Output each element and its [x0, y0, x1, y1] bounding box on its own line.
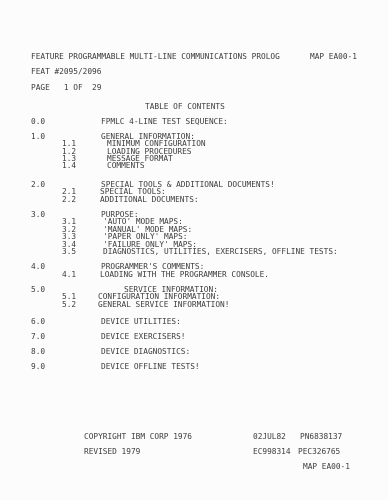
toc-subitem-row: 2.1 SPECIAL TOOLS:: [31, 188, 50, 196]
section-title: DEVICE UTILITIES:: [101, 318, 181, 326]
section-number: 7.0: [31, 333, 45, 341]
subsection-number: 2.2: [62, 196, 76, 204]
toc-subitem-row: 4.1 LOADING WITH THE PROGRAMMER CONSOLE.: [31, 271, 50, 279]
footer-date: 02JUL82: [253, 433, 286, 441]
subsection-title: COMMENTS: [107, 162, 145, 170]
toc-subitem-row: 3.5 DIAGNOSTICS, UTILITIES, EXERCISERS, …: [31, 248, 50, 256]
footer-ec-number: EC998314: [253, 448, 291, 456]
toc-section-row: 9.0 DEVICE OFFLINE TESTS!: [31, 363, 50, 371]
toc-subitem-row: 3.1 'AUTO' MODE MAPS:: [31, 218, 50, 226]
toc-subitem-row: 3.3 'PAPER ONLY' MAPS:: [31, 233, 50, 241]
toc-heading: TABLE OF CONTENTS: [145, 103, 225, 111]
toc-subitem-row: 2.2 ADDITIONAL DOCUMENTS:: [31, 196, 50, 204]
section-number: 0.0: [31, 118, 45, 126]
subsection-number: 5.2: [62, 301, 76, 309]
section-title: FPMLC 4-LINE TEST SEQUENCE:: [101, 118, 228, 126]
section-number: 8.0: [31, 348, 45, 356]
footer-pec-number: PEC326765: [298, 448, 340, 456]
section-number: 6.0: [31, 318, 45, 326]
subsection-number: 4.1: [62, 271, 76, 279]
subsection-title: DIAGNOSTICS, UTILITIES, EXERCISERS, OFFL…: [103, 248, 338, 256]
toc-subitem-row: 5.2 GENERAL SERVICE INFORMATION!: [31, 301, 50, 309]
toc-section-row: 4.0 PROGRAMMER'S COMMENTS:: [31, 263, 50, 271]
toc-section-row: 8.0 DEVICE DIAGNOSTICS:: [31, 348, 50, 356]
document-page: FEATURE PROGRAMMABLE MULTI-LINE COMMUNIC…: [0, 0, 388, 500]
toc-subitem-row: 1.4 COMMENTS: [31, 162, 50, 170]
section-title: DEVICE DIAGNOSTICS:: [101, 348, 190, 356]
section-title: DEVICE EXERCISERS!: [101, 333, 186, 341]
revised-text: REVISED 1979: [84, 448, 140, 456]
document-title: FEATURE PROGRAMMABLE MULTI-LINE COMMUNIC…: [31, 53, 280, 61]
feature-number-line: FEAT #2095/2096: [31, 68, 101, 76]
section-number: 9.0: [31, 363, 45, 371]
subsection-number: 3.5: [62, 248, 76, 256]
subsection-number: 1.4: [62, 162, 76, 170]
toc-subitem-row: 1.1 MINIMUM CONFIGURATION: [31, 140, 50, 148]
map-reference-footer: MAP EA00-1: [303, 463, 350, 471]
map-reference-header: MAP EA00-1: [310, 53, 357, 61]
subsection-title: GENERAL SERVICE INFORMATION!: [98, 301, 229, 309]
copyright-text: COPYRIGHT IBM CORP 1976: [84, 433, 192, 441]
footer-part-number: PN6838137: [300, 433, 342, 441]
section-title: DEVICE OFFLINE TESTS!: [101, 363, 200, 371]
toc-section-row: 7.0 DEVICE EXERCISERS!: [31, 333, 50, 341]
toc-subitem-row: 5.1 CONFIGURATION INFORMATION:: [31, 293, 50, 301]
page-number-line: PAGE 1 OF 29: [31, 84, 101, 92]
subsection-title: ADDITIONAL DOCUMENTS:: [100, 196, 199, 204]
toc-section-row: 6.0 DEVICE UTILITIES:: [31, 318, 50, 326]
section-number: 4.0: [31, 263, 45, 271]
toc-section-row: 0.0 FPMLC 4-LINE TEST SEQUENCE:: [31, 118, 50, 126]
subsection-title: LOADING WITH THE PROGRAMMER CONSOLE.: [100, 271, 269, 279]
